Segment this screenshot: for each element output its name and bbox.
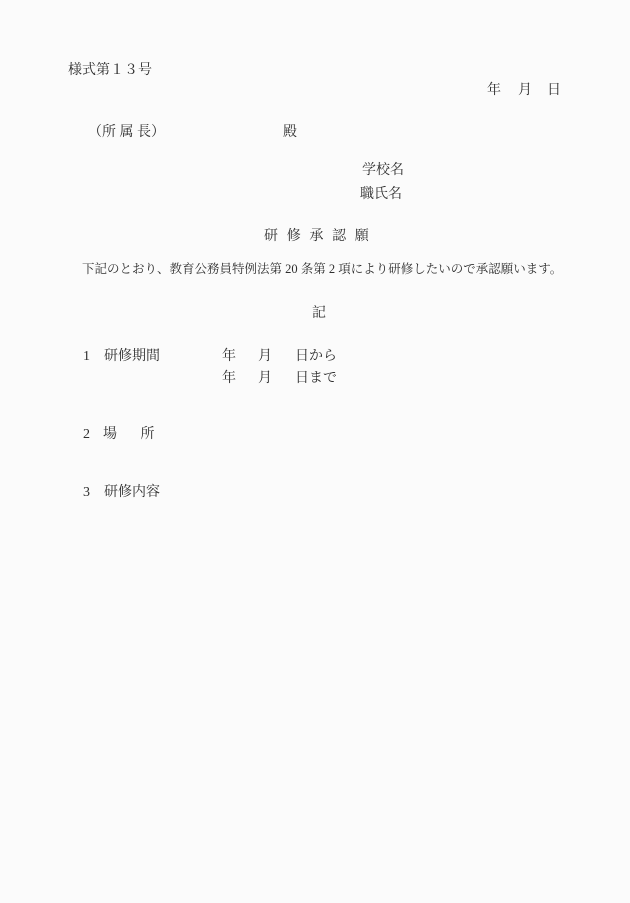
period-from-day-label: 日から (295, 350, 337, 364)
document-title: 研修承認願 (264, 230, 378, 244)
period-from-month-label: 月 (258, 350, 272, 364)
item-number: 1 (83, 350, 90, 364)
record-heading: 記 (312, 307, 326, 321)
body-paragraph: 下記のとおり、教育公務員特例法第 20 条第 2 項により研修したいので承認願い… (82, 263, 562, 276)
issue-date-day-label: 日 (547, 84, 561, 98)
school-name-label: 学校名 (362, 164, 404, 178)
item-label: 研修内容 (104, 486, 160, 500)
document-page: 様式第１３号 年 月 日 （所 属 長） 殿 学校名 職氏名 研修承認願 下記の… (0, 0, 630, 903)
item-number: 2 (83, 428, 90, 442)
issue-date-month-label: 月 (518, 84, 532, 98)
issue-date-year-label: 年 (487, 84, 501, 98)
item-label: 場 所 (103, 428, 153, 442)
form-number: 様式第１３号 (68, 64, 152, 78)
period-to-year-label: 年 (222, 372, 236, 386)
position-name-label: 職氏名 (360, 188, 402, 202)
period-from-year-label: 年 (222, 350, 236, 364)
period-to-day-label: 日まで (295, 372, 337, 386)
addressee-honorific: 殿 (283, 126, 297, 140)
addressee-label: （所 属 長） (88, 126, 165, 140)
period-to-month-label: 月 (258, 372, 272, 386)
item-label: 研修期間 (104, 350, 160, 364)
item-number: 3 (83, 486, 90, 500)
